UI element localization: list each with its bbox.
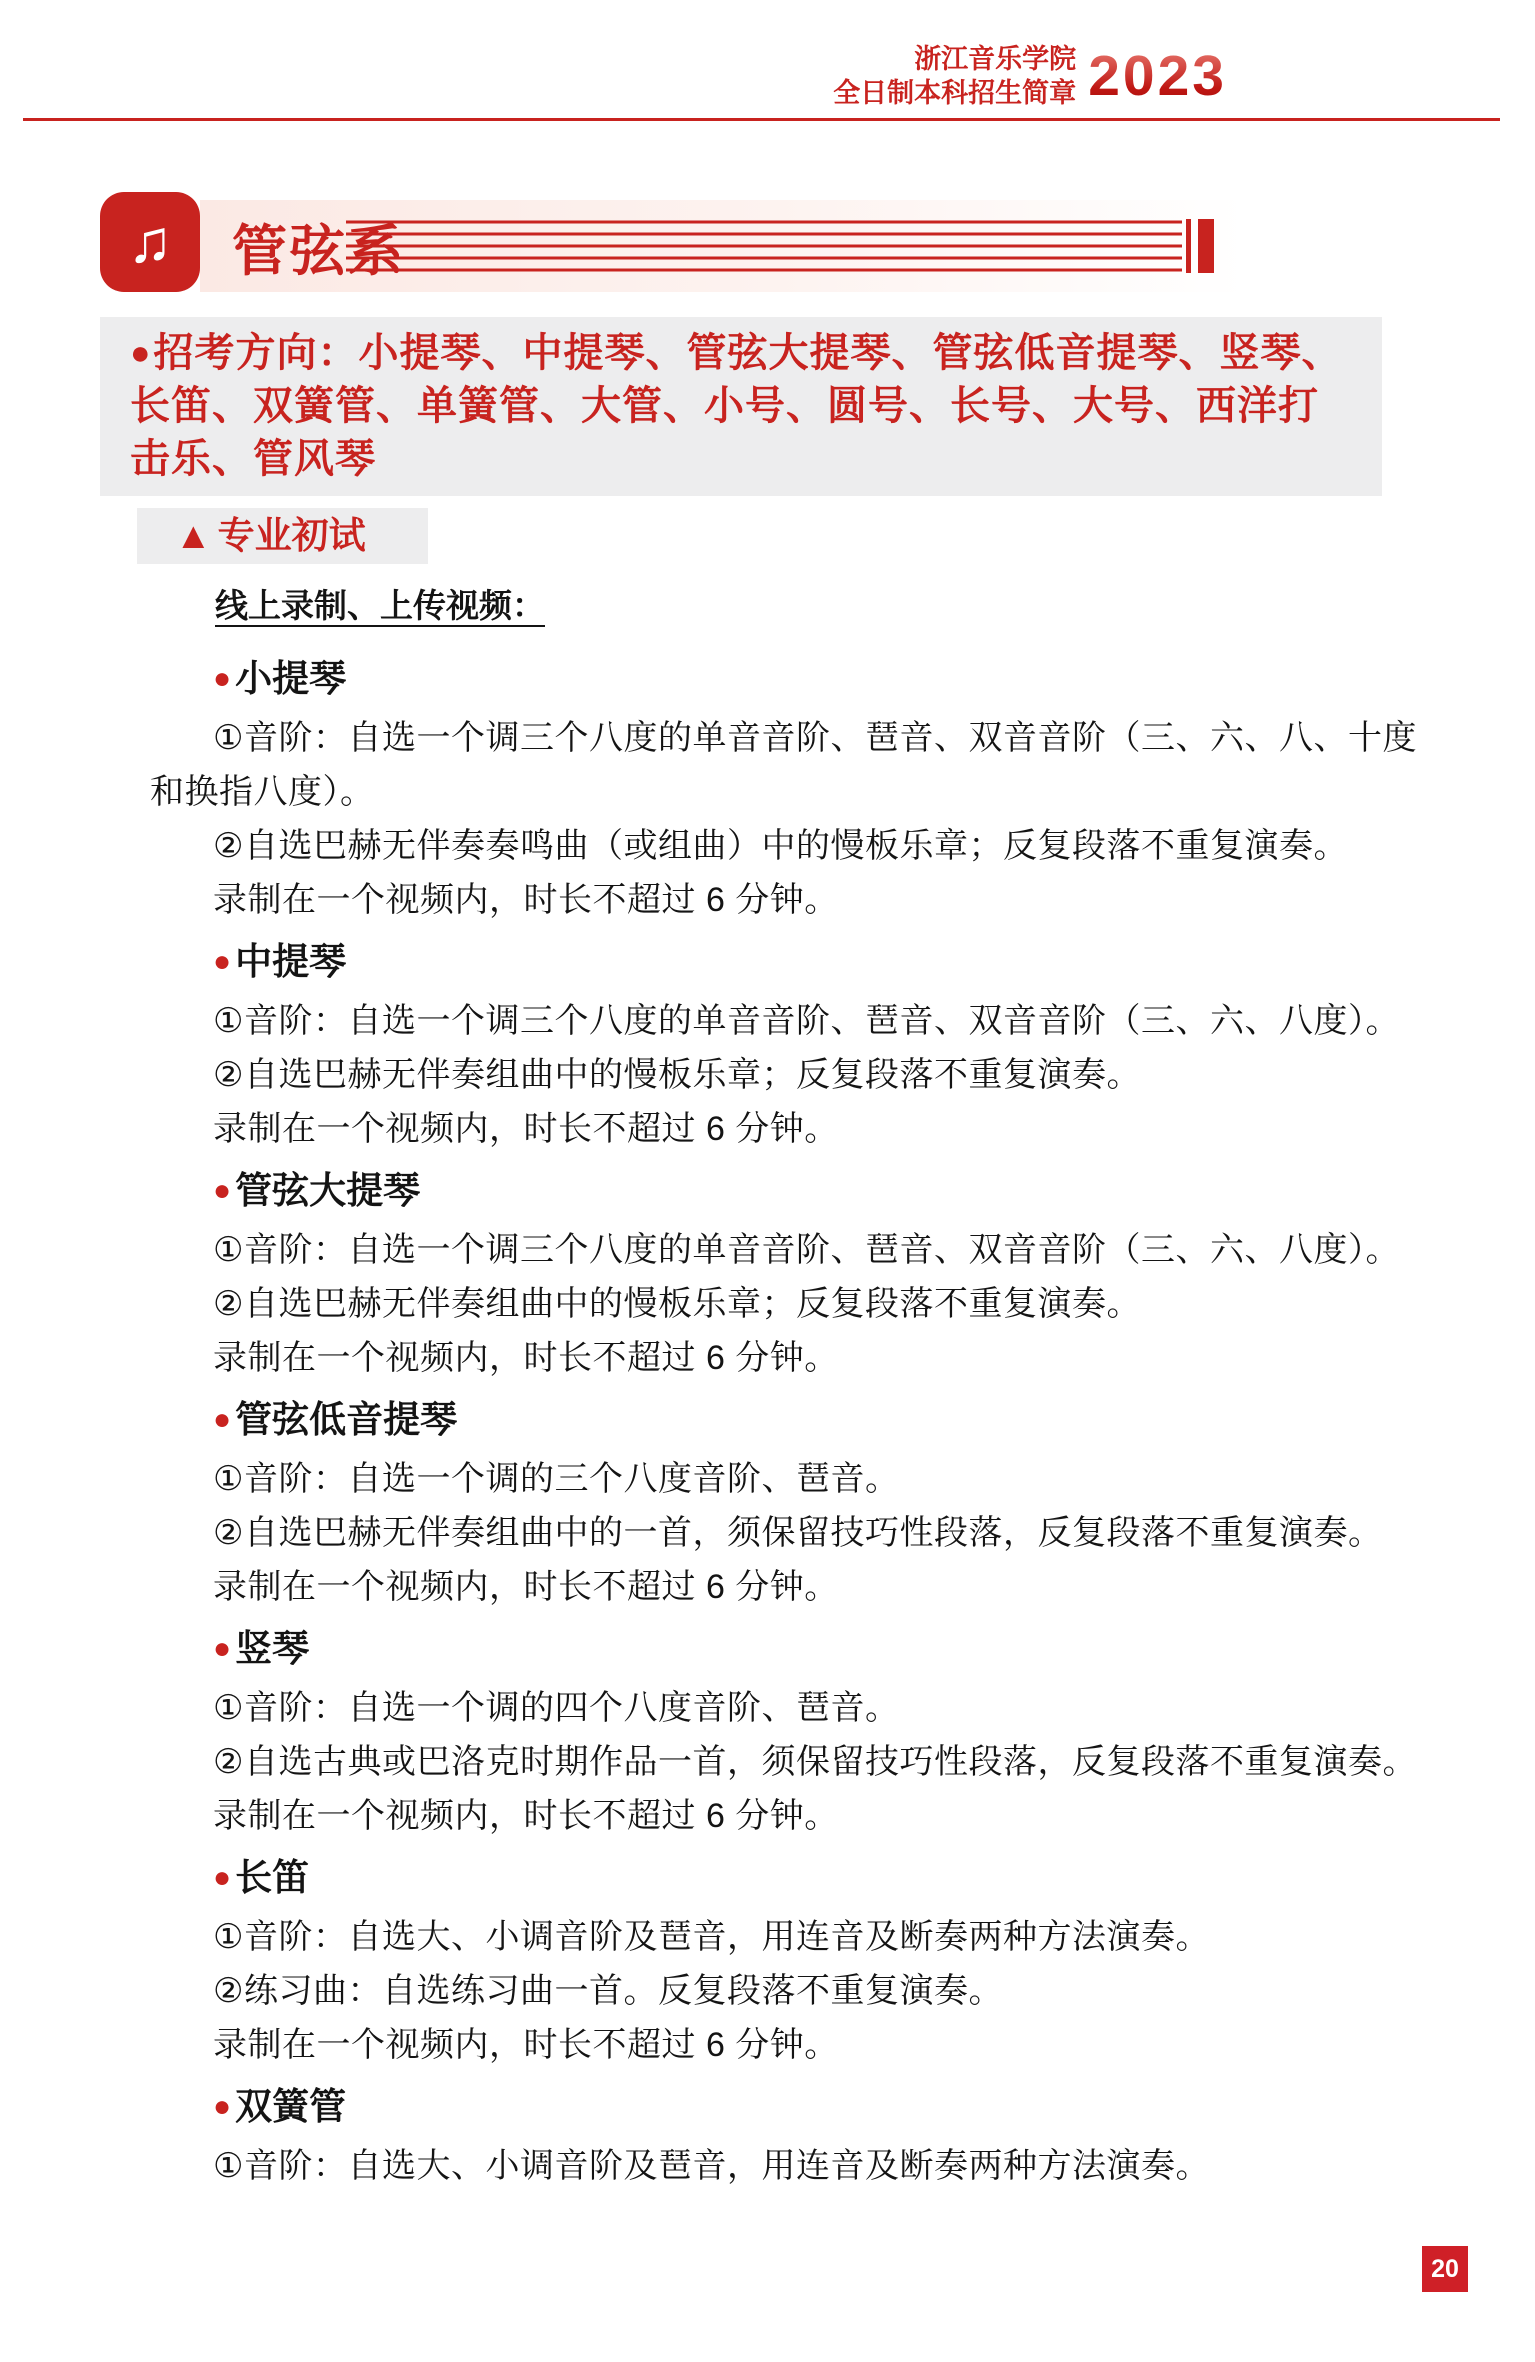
bullet-icon: ●	[213, 1632, 231, 1665]
instrument-name: 长笛	[235, 1857, 309, 1898]
bullet-icon: ●	[213, 662, 231, 695]
exam-requirement-line: ①音阶：自选一个调三个八度的单音音阶、琶音、双音音阶（三、六、八度）。	[150, 994, 1420, 1048]
instrument-heading: ●长笛	[213, 1856, 1535, 1900]
instrument-heading: ●管弦低音提琴	[213, 1398, 1535, 1442]
bullet-icon: ●	[213, 1861, 231, 1894]
exam-requirement-line: ①音阶：自选大、小调音阶及琶音，用连音及断奏两种方法演奏。	[150, 2139, 1420, 2193]
exam-requirement-line: ①音阶：自选大、小调音阶及琶音，用连音及断奏两种方法演奏。	[150, 1910, 1420, 1964]
exam-requirement-line: 录制在一个视频内，时长不超过 6 分钟。	[150, 1331, 1420, 1385]
admission-directions-text: ●招考方向：小提琴、中提琴、管弦大提琴、管弦低音提琴、竖琴、长笛、双簧管、单簧管…	[130, 327, 1346, 486]
bullet-icon: ●	[213, 945, 231, 978]
music-note-glyph: ♫	[128, 212, 173, 272]
bullet-icon: ●	[213, 1403, 231, 1436]
instrument-name: 小提琴	[235, 658, 346, 699]
exam-requirement-line: 录制在一个视频内，时长不超过 6 分钟。	[150, 1102, 1420, 1156]
staff-lines-decoration	[346, 219, 1214, 273]
instrument-section: ●管弦大提琴 ①音阶：自选一个调三个八度的单音音阶、琶音、双音音阶（三、六、八度…	[0, 1169, 1535, 1385]
music-note-icon: ♫	[100, 192, 200, 292]
instrument-heading: ●中提琴	[213, 940, 1535, 984]
exam-requirement-line: ①音阶：自选一个调的三个八度音阶、琶音。	[150, 1452, 1420, 1506]
instrument-section: ●竖琴 ①音阶：自选一个调的四个八度音阶、琶音。②自选古典或巴洛克时期作品一首，…	[0, 1627, 1535, 1843]
exam-requirement-line: ②自选巴赫无伴奏奏鸣曲（或组曲）中的慢板乐章；反复段落不重复演奏。	[150, 819, 1420, 873]
exam-requirement-line: 录制在一个视频内，时长不超过 6 分钟。	[150, 1789, 1420, 1843]
header-rule	[23, 118, 1500, 121]
exam-requirement-line: ②自选巴赫无伴奏组曲中的一首，须保留技巧性段落，反复段落不重复演奏。	[150, 1506, 1420, 1560]
instrument-name: 中提琴	[235, 941, 346, 982]
instrument-section: ●双簧管 ①音阶：自选大、小调音阶及琶音，用连音及断奏两种方法演奏。	[0, 2085, 1535, 2193]
exam-requirement-line: ②自选巴赫无伴奏组曲中的慢板乐章；反复段落不重复演奏。	[150, 1277, 1420, 1331]
brochure-title: 全日制本科招生简章	[833, 76, 1076, 110]
instrument-section: ●管弦低音提琴 ①音阶：自选一个调的三个八度音阶、琶音。②自选巴赫无伴奏组曲中的…	[0, 1398, 1535, 1614]
exam-requirement-line: ②练习曲：自选练习曲一首。反复段落不重复演奏。	[150, 1964, 1420, 2018]
year-label: 2023	[1088, 46, 1227, 106]
instrument-name: 双簧管	[235, 2086, 346, 2127]
instrument-section: ●中提琴 ①音阶：自选一个调三个八度的单音音阶、琶音、双音音阶（三、六、八度）。…	[0, 940, 1535, 1156]
exam-requirement-line: 录制在一个视频内，时长不超过 6 分钟。	[150, 873, 1420, 927]
instrument-name: 管弦低音提琴	[235, 1399, 457, 1440]
exam-requirement-line: ②自选古典或巴洛克时期作品一首，须保留技巧性段落，反复段落不重复演奏。	[150, 1735, 1420, 1789]
admission-directions-box: ●招考方向：小提琴、中提琴、管弦大提琴、管弦低音提琴、竖琴、长笛、双簧管、单簧管…	[100, 317, 1382, 496]
exam-requirement-line: ①音阶：自选一个调三个八度的单音音阶、琶音、双音音阶（三、六、八度）。	[150, 1223, 1420, 1277]
triangle-icon: ▲	[175, 515, 212, 556]
exam-requirement-line: ①音阶：自选一个调的四个八度音阶、琶音。	[150, 1681, 1420, 1735]
instrument-heading: ●双簧管	[213, 2085, 1535, 2129]
school-name: 浙江音乐学院	[833, 42, 1076, 76]
instrument-heading: ●竖琴	[213, 1627, 1535, 1671]
exam-stage-label: 专业初试	[218, 515, 366, 556]
bullet-icon: ●	[213, 2090, 231, 2123]
instrument-section: ●长笛 ①音阶：自选大、小调音阶及琶音，用连音及断奏两种方法演奏。②练习曲：自选…	[0, 1856, 1535, 2072]
masthead-text: 浙江音乐学院 全日制本科招生简章	[833, 42, 1076, 110]
page-header: 浙江音乐学院 全日制本科招生简章 2023	[0, 0, 1535, 121]
masthead: 浙江音乐学院 全日制本科招生简章 2023	[0, 0, 1535, 110]
bullet-icon: ●	[130, 334, 152, 372]
instrument-heading: ●小提琴	[213, 657, 1535, 701]
page-number-badge: 20	[1422, 2246, 1468, 2292]
exam-subtitle: 线上录制、上传视频：	[215, 580, 1535, 627]
exam-stage-heading: ▲专业初试	[137, 508, 428, 564]
department-banner-strip: 管弦系	[200, 200, 1246, 292]
department-banner: ♫ 管弦系	[100, 192, 1535, 292]
exam-requirement-line: ①音阶：自选一个调三个八度的单音音阶、琶音、双音音阶（三、六、八、十度和换指八度…	[150, 711, 1420, 819]
instrument-heading: ●管弦大提琴	[213, 1169, 1535, 1213]
admission-directions-value: 招考方向：小提琴、中提琴、管弦大提琴、管弦低音提琴、竖琴、长笛、双簧管、单簧管、…	[130, 331, 1343, 481]
instrument-section: ●小提琴 ①音阶：自选一个调三个八度的单音音阶、琶音、双音音阶（三、六、八、十度…	[0, 657, 1535, 927]
bullet-icon: ●	[213, 1174, 231, 1207]
instrument-name: 竖琴	[235, 1628, 309, 1669]
exam-requirement-line: 录制在一个视频内，时长不超过 6 分钟。	[150, 1560, 1420, 1614]
instrument-list: ●小提琴 ①音阶：自选一个调三个八度的单音音阶、琶音、双音音阶（三、六、八、十度…	[0, 657, 1535, 2193]
exam-requirement-line: ②自选巴赫无伴奏组曲中的慢板乐章；反复段落不重复演奏。	[150, 1048, 1420, 1102]
instrument-name: 管弦大提琴	[235, 1170, 420, 1211]
exam-requirement-line: 录制在一个视频内，时长不超过 6 分钟。	[150, 2018, 1420, 2072]
